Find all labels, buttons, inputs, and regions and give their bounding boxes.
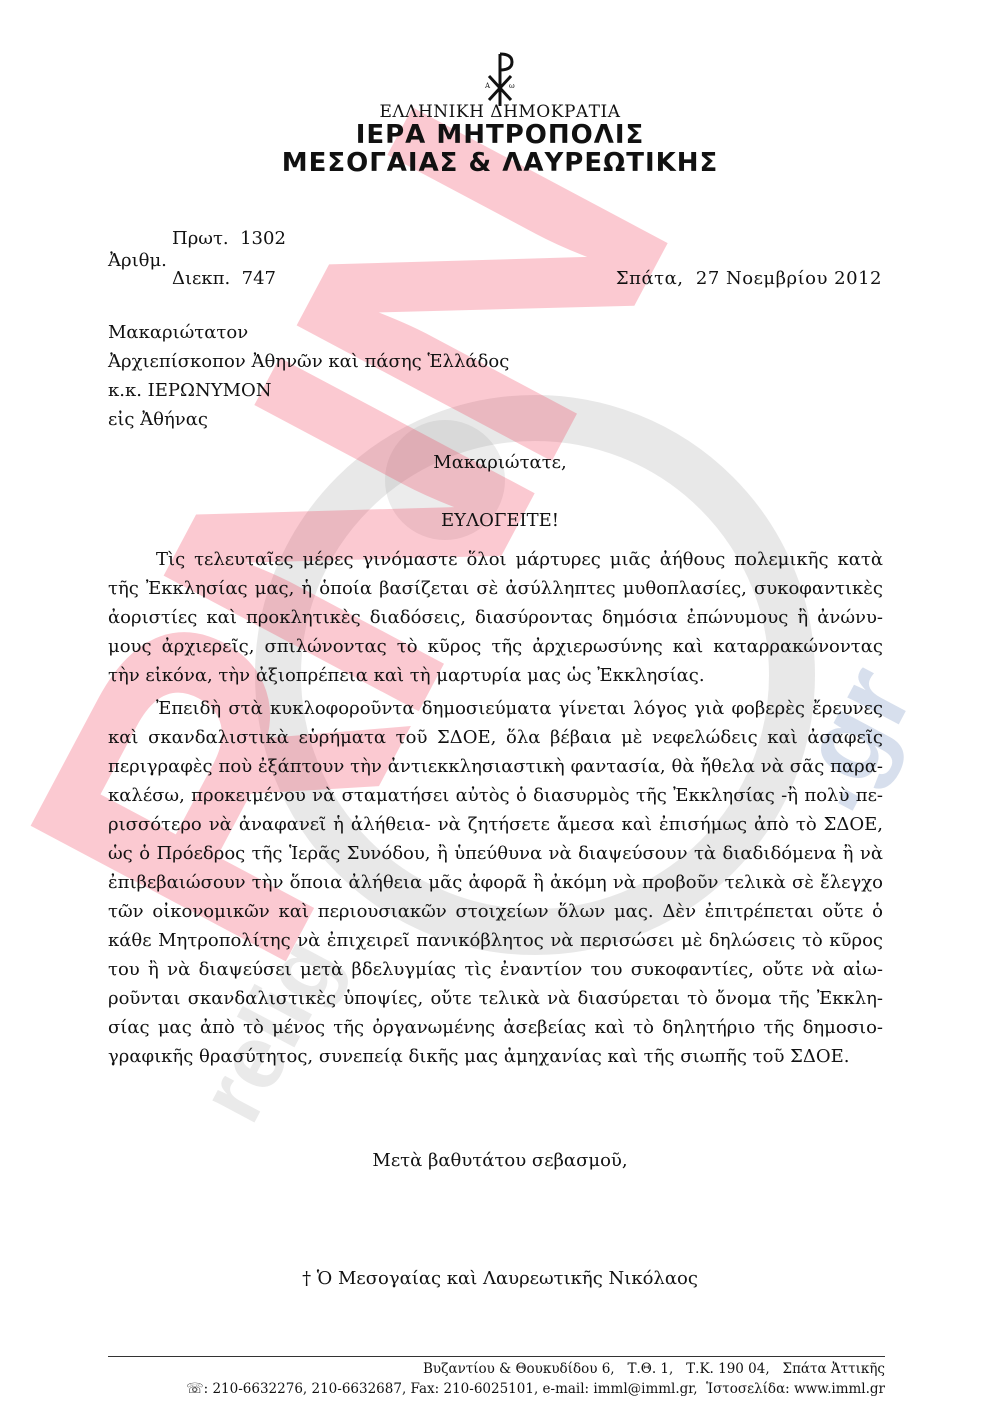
dispatch-label: Διεκπ. — [172, 268, 230, 289]
recipient-line: Μακαριώτατον — [108, 318, 509, 347]
body-paragraph: Ἐπειδὴ στὰ κυκλοφοροῦντα δημοσιεύματα γί… — [108, 694, 883, 1071]
date-line: Σπάτα, 27 Νοεμβρίου 2012 — [616, 268, 882, 289]
protocol-number: Πρωτ. 1302 — [172, 228, 286, 249]
chi-rho-icon: Α ω — [476, 48, 524, 108]
recipient-line: Ἀρχιεπίσκοπον Ἀθηνῶν καὶ πάσης Ἑλλάδος — [108, 347, 509, 376]
footer-divider — [108, 1356, 885, 1357]
letter-body: Τὶς τελευταῖες μέρες γινόμαστε ὅλοι μάρτ… — [108, 545, 883, 1075]
recipient-line: κ.κ. ΙΕΡΩΝΥΜΟΝ — [108, 376, 509, 405]
footer-address: Βυζαντίου & Θουκυδίδου 6, Τ.Θ. 1, Τ.Κ. 1… — [108, 1361, 885, 1377]
protocol-value: 1302 — [240, 228, 286, 249]
svg-text:Α: Α — [484, 82, 491, 90]
protocol-label: Πρωτ. — [172, 228, 229, 249]
recipient-block: Μακαριώτατον Ἀρχιεπίσκοπον Ἀθηνῶν καὶ πά… — [108, 318, 509, 434]
republic-title: ΕΛΛΗΝΙΚΗ ΔΗΜΟΚΡΑΤΙΑ — [0, 102, 1000, 122]
footer-contact: ☏: 210-6632276, 210-6632687, Fax: 210-60… — [108, 1381, 885, 1397]
recipient-line: εἰς Ἀθήνας — [108, 405, 509, 434]
closing-line: Μετὰ βαθυτάτου σεβασμοῦ, — [0, 1150, 1000, 1171]
number-label: Ἀριθμ. — [108, 250, 167, 271]
blessing: ΕΥΛΟΓΕΙΤΕ! — [0, 510, 1000, 531]
dispatch-value: 747 — [242, 268, 276, 289]
letter-page: RNN .gr relig Α ω ΕΛΛΗΝΙΚΗ ΔΗΜΟΚΡΑΤΙΑ ΙΕ… — [0, 0, 1000, 1424]
signature-line: † Ὁ Μεσογαίας καὶ Λαυρεωτικῆς Νικόλαος — [0, 1268, 1000, 1289]
dispatch-number: Διεκπ. 747 — [172, 268, 276, 289]
footer-contact-text: : 210-6632276, 210-6632687, Fax: 210-602… — [204, 1381, 885, 1397]
salutation: Μακαριώτατε, — [0, 452, 1000, 473]
svg-text:ω: ω — [509, 82, 515, 90]
body-paragraph: Τὶς τελευταῖες μέρες γινόμαστε ὅλοι μάρτ… — [108, 545, 883, 690]
metropolis-title: ΙΕΡΑ ΜΗΤΡΟΠΟΛΙΣ — [0, 120, 1000, 150]
region-title: ΜΕΣΟΓΑΙΑΣ & ΛΑΥΡΕΩΤΙΚΗΣ — [0, 148, 1000, 178]
phone-icon: ☏ — [186, 1381, 204, 1397]
